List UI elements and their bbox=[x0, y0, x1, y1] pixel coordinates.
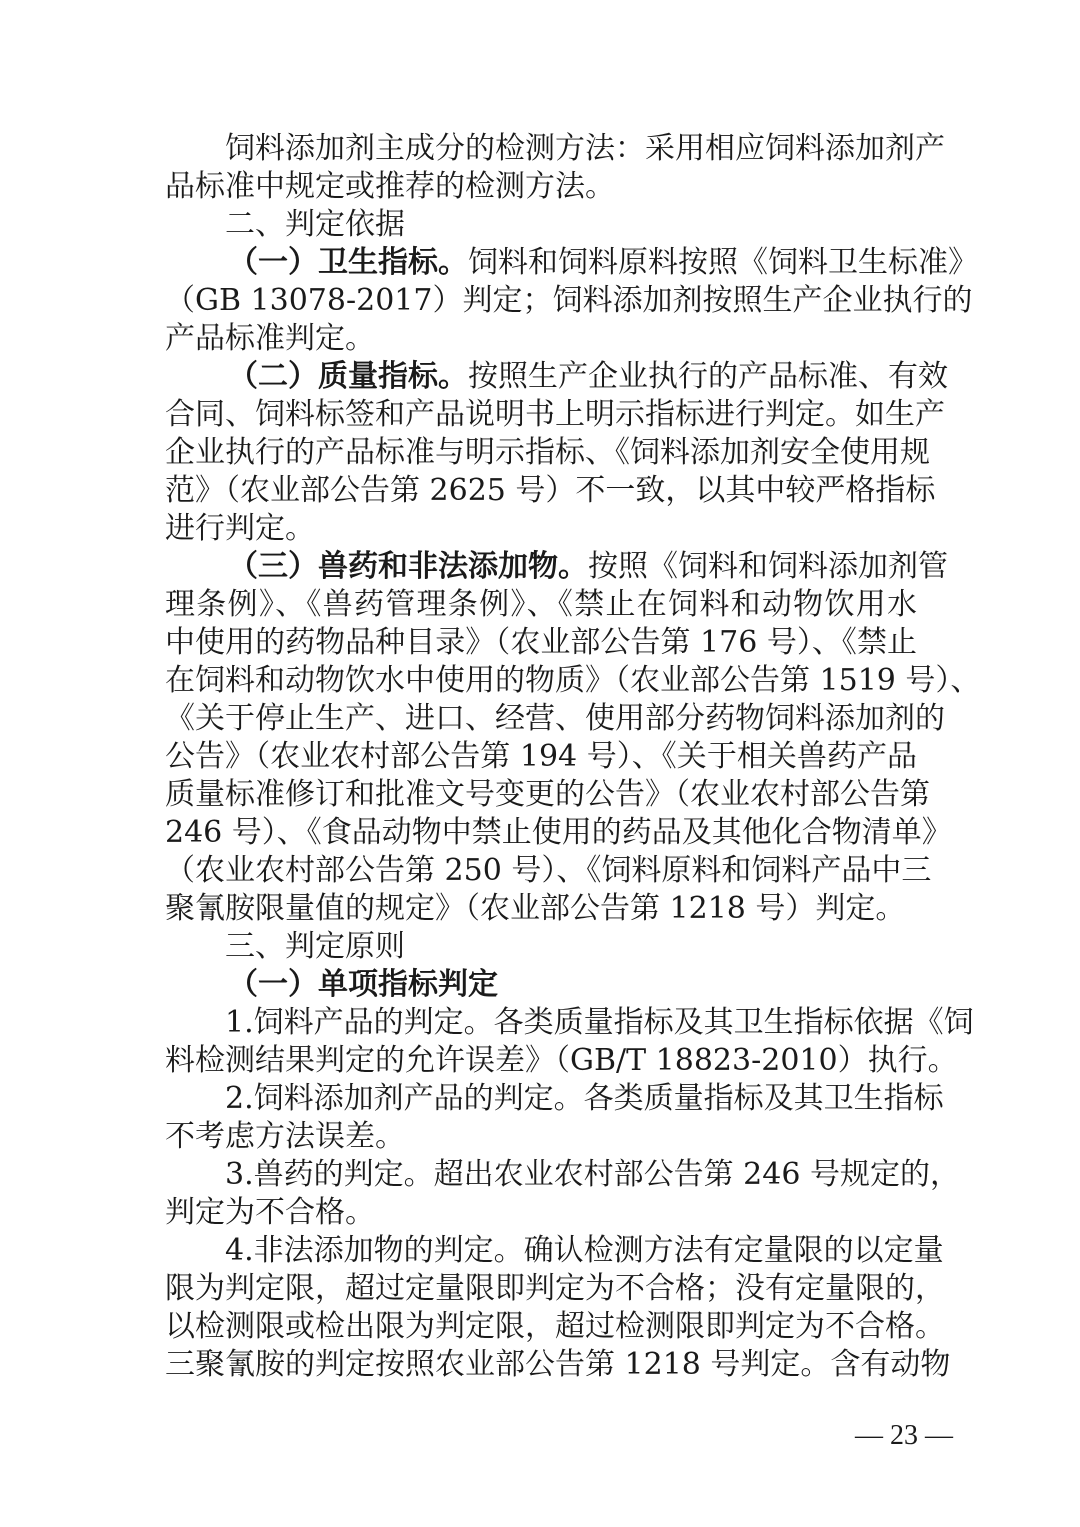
paragraph-line: （一）卫生指标。饲料和饲料原料按照《饲料卫生标准》 bbox=[228, 244, 917, 282]
list-item-line: 不考虑方法误差。 bbox=[165, 1118, 917, 1156]
paragraph-line: （GB 13078-2017）判定；饲料添加剂按照生产企业执行的 bbox=[165, 282, 917, 320]
paragraph-line: 质量标准修订和批准文号变更的公告》（农业农村部公告第 bbox=[165, 776, 917, 814]
paragraph-line: 进行判定。 bbox=[165, 510, 917, 548]
text: 品标准中规定或推荐的检测方法。 bbox=[165, 169, 615, 204]
text: 限为判定限，超过定量限即判定为不合格；没有定量限的， bbox=[165, 1271, 945, 1306]
heading-text: 二、判定依据 bbox=[225, 207, 405, 242]
text: 2.饲料添加剂产品的判定。各类质量指标及其卫生指标 bbox=[225, 1081, 944, 1116]
text: 饲料添加剂主成分的检测方法：采用相应饲料添加剂产 bbox=[225, 131, 945, 166]
list-item-line: 三聚氰胺的判定按照农业部公告第 1218 号判定。含有动物 bbox=[165, 1346, 917, 1384]
text: 聚氰胺限量值的规定》（农业部公告第 1218 号）判定。 bbox=[165, 891, 905, 926]
text: 以检测限或检出限为判定限，超过检测限即判定为不合格。 bbox=[165, 1309, 945, 1344]
paragraph-line: 中使用的药物品种目录》（农业部公告第 176 号）、《禁止 bbox=[165, 624, 917, 662]
subheading-text: （一）单项指标判定 bbox=[228, 967, 498, 1002]
text: 范》（农业部公告第 2625 号）不一致，以其中较严格指标 bbox=[165, 473, 935, 508]
paragraph-line: 聚氰胺限量值的规定》（农业部公告第 1218 号）判定。 bbox=[165, 890, 917, 928]
paragraph-line: 公告》（农业农村部公告第 194 号）、《关于相关兽药产品 bbox=[165, 738, 917, 776]
text: 按照生产企业执行的产品标准、有效 bbox=[468, 359, 948, 394]
text: 判定为不合格。 bbox=[165, 1195, 375, 1230]
subheading-hygiene: （一）卫生指标。 bbox=[228, 245, 468, 280]
text: 进行判定。 bbox=[165, 511, 315, 546]
text: 246 号）、《食品动物中禁止使用的药品及其他化合物清单》 bbox=[165, 815, 952, 850]
list-item-line: 料检测结果判定的允许误差》（GB/T 18823-2010）执行。 bbox=[165, 1042, 917, 1080]
paragraph-line: 理条例》、《兽药管理条例》、《禁止在饲料和动物饮用水 bbox=[165, 586, 917, 624]
paragraph-line: 企业执行的产品标准与明示指标、《饲料添加剂安全使用规 bbox=[165, 434, 917, 472]
paragraph-line: 产品标准判定。 bbox=[165, 320, 917, 358]
text: 公告》（农业农村部公告第 194 号）、《关于相关兽药产品 bbox=[165, 739, 917, 774]
list-item-line: 限为判定限，超过定量限即判定为不合格；没有定量限的， bbox=[165, 1270, 917, 1308]
list-item-line: 4.非法添加物的判定。确认检测方法有定量限的以定量 bbox=[225, 1232, 917, 1270]
text: 企业执行的产品标准与明示指标、《饲料添加剂安全使用规 bbox=[165, 435, 930, 470]
paragraph-line: 在饲料和动物饮水中使用的物质》（农业部公告第 1519 号）、 bbox=[165, 662, 917, 700]
text: 质量标准修订和批准文号变更的公告》（农业农村部公告第 bbox=[165, 777, 930, 812]
text: 按照《饲料和饲料添加剂管 bbox=[588, 549, 948, 584]
document-page: 饲料添加剂主成分的检测方法：采用相应饲料添加剂产 品标准中规定或推荐的检测方法。… bbox=[0, 0, 1080, 1527]
text: 3.兽药的判定。超出农业农村部公告第 246 号规定的， bbox=[225, 1157, 960, 1192]
list-item-line: 以检测限或检出限为判定限，超过检测限即判定为不合格。 bbox=[165, 1308, 917, 1346]
section-heading-3: 三、判定原则 bbox=[225, 928, 917, 966]
heading-text: 三、判定原则 bbox=[225, 929, 405, 964]
text: 产品标准判定。 bbox=[165, 321, 375, 356]
text: （农业农村部公告第 250 号）、《饲料原料和饲料产品中三 bbox=[165, 853, 931, 888]
section-heading-2: 二、判定依据 bbox=[225, 206, 917, 244]
paragraph-line: 范》（农业部公告第 2625 号）不一致，以其中较严格指标 bbox=[165, 472, 917, 510]
text: 三聚氰胺的判定按照农业部公告第 1218 号判定。含有动物 bbox=[165, 1347, 950, 1382]
paragraph-line: （二）质量指标。按照生产企业执行的产品标准、有效 bbox=[228, 358, 917, 396]
text: 饲料和饲料原料按照《饲料卫生标准》 bbox=[468, 245, 978, 280]
paragraph-line: 饲料添加剂主成分的检测方法：采用相应饲料添加剂产 bbox=[225, 130, 917, 168]
text: 料检测结果判定的允许误差》（GB/T 18823-2010）执行。 bbox=[165, 1043, 958, 1078]
text: 4.非法添加物的判定。确认检测方法有定量限的以定量 bbox=[225, 1233, 944, 1268]
list-item-line: 判定为不合格。 bbox=[165, 1194, 917, 1232]
paragraph-line: （农业农村部公告第 250 号）、《饲料原料和饲料产品中三 bbox=[165, 852, 917, 890]
text: 《关于停止生产、进口、经营、使用部分药物饲料添加剂的 bbox=[165, 701, 945, 736]
subheading-quality: （二）质量指标。 bbox=[228, 359, 468, 394]
paragraph-line: 《关于停止生产、进口、经营、使用部分药物饲料添加剂的 bbox=[165, 700, 917, 738]
paragraph-line: （三）兽药和非法添加物。按照《饲料和饲料添加剂管 bbox=[228, 548, 917, 586]
text: 中使用的药物品种目录》（农业部公告第 176 号）、《禁止 bbox=[165, 625, 917, 660]
page-number: — 23 — bbox=[855, 1418, 953, 1454]
text: 不考虑方法误差。 bbox=[165, 1119, 405, 1154]
subheading-veterinary-drugs: （三）兽药和非法添加物。 bbox=[228, 549, 588, 584]
text: （GB 13078-2017）判定；饲料添加剂按照生产企业执行的 bbox=[165, 283, 972, 318]
text: 在饲料和动物饮水中使用的物质》（农业部公告第 1519 号）、 bbox=[165, 663, 980, 698]
paragraph-line: 合同、饲料标签和产品说明书上明示指标进行判定。如生产 bbox=[165, 396, 917, 434]
paragraph-line: 品标准中规定或推荐的检测方法。 bbox=[165, 168, 917, 206]
list-item-line: 1.饲料产品的判定。各类质量指标及其卫生指标依据《饲 bbox=[225, 1004, 917, 1042]
text: 1.饲料产品的判定。各类质量指标及其卫生指标依据《饲 bbox=[225, 1005, 974, 1040]
paragraph-line: 246 号）、《食品动物中禁止使用的药品及其他化合物清单》 bbox=[165, 814, 917, 852]
list-item-line: 3.兽药的判定。超出农业农村部公告第 246 号规定的， bbox=[225, 1156, 917, 1194]
text: 理条例》、《兽药管理条例》、《禁止在饲料和动物饮用水 bbox=[165, 587, 917, 622]
subheading-single-item: （一）单项指标判定 bbox=[228, 966, 917, 1004]
list-item-line: 2.饲料添加剂产品的判定。各类质量指标及其卫生指标 bbox=[225, 1080, 917, 1118]
text: 合同、饲料标签和产品说明书上明示指标进行判定。如生产 bbox=[165, 397, 945, 432]
